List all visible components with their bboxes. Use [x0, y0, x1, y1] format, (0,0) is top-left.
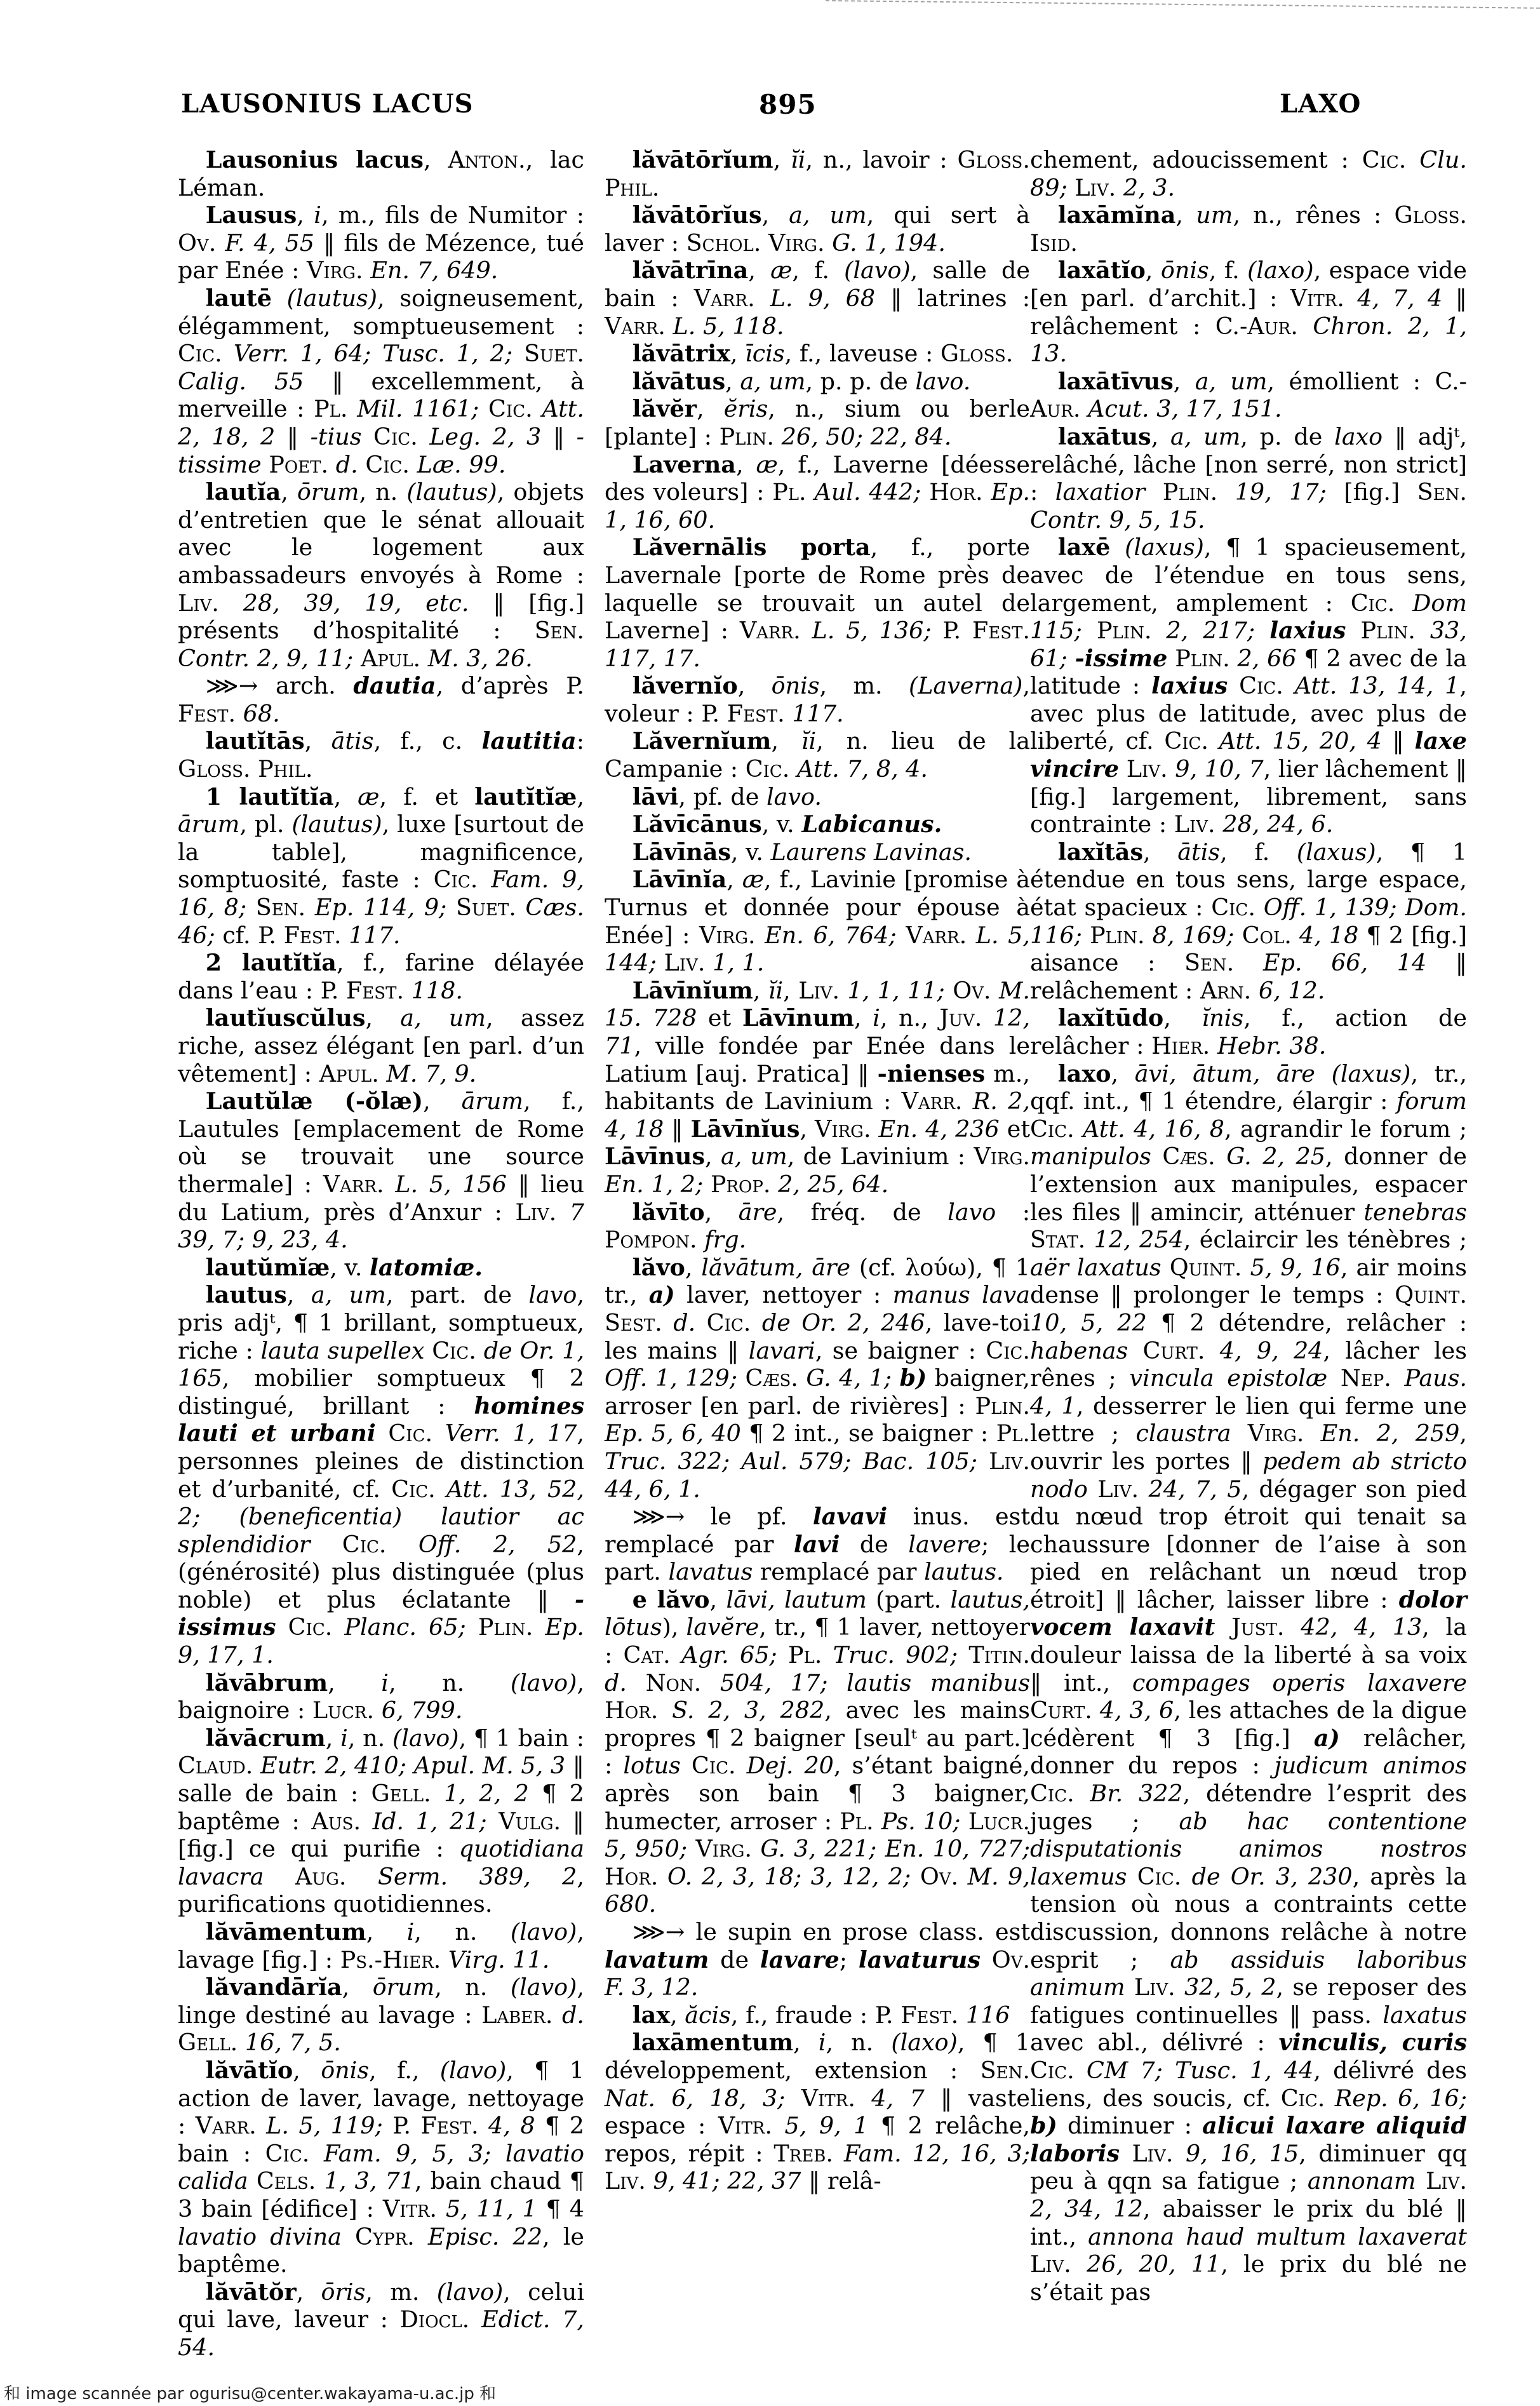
author-abbrev: Liv. [1134, 1973, 1175, 2001]
definition-text: , fréq. de [777, 1199, 948, 1226]
citation-or-form: Acut. 3, 17, 151. [1088, 395, 1282, 422]
citation-or-form: Mil. 1161; [357, 395, 479, 422]
citation-or-form: i [407, 1918, 415, 1946]
headword: laxātĭo [1058, 257, 1146, 284]
definition-text [479, 395, 488, 422]
author-abbrev: Gell. [372, 1780, 431, 1807]
definition-text [897, 922, 906, 949]
headword: Lāvīnĭa [633, 866, 726, 893]
citation-or-form: Fam. 12, 16, 3; [844, 2140, 1030, 2167]
citation-or-form: um [1196, 201, 1233, 229]
author-abbrev: Apul. [361, 645, 420, 672]
citation-or-form: Ep. 66, 14 [1263, 949, 1426, 976]
citation-or-form: vincula epistolæ [1129, 1364, 1327, 1392]
citation-or-form: ātis [331, 727, 374, 755]
citation-or-form: 6, 799. [382, 1697, 463, 1724]
definition-text: , f. [1209, 257, 1247, 284]
note-arrow-icon: ⋙→ [206, 672, 258, 699]
definition-text: , [366, 1918, 407, 1946]
definition-text [1230, 645, 1238, 672]
dictionary-entry: lăvātōrĭum, ĭi, n., lavoir : Gloss. Phil… [605, 146, 1030, 201]
definition-text [825, 229, 833, 257]
definition-text: , [1143, 838, 1177, 866]
definition-text: , [726, 866, 742, 893]
definition-text [431, 1780, 444, 1807]
note-arrow-icon: ⋙→ [633, 1918, 685, 1946]
definition-text: , [1151, 423, 1170, 450]
author-abbrev: Plin. [1097, 617, 1151, 644]
author-abbrev: Gloss. Phil. [178, 755, 312, 783]
definition-text: le supin en prose class. est [685, 1918, 1030, 1946]
definition-text [348, 395, 358, 422]
definition-text: lautĭtĭæ [474, 783, 577, 810]
citation-or-form: lotus [623, 1752, 681, 1779]
column-left: Lausonius lacus, Anton., lac Léman.Lausu… [178, 146, 584, 2362]
definition-text [658, 1697, 672, 1724]
citation-or-form: Hebr. 38. [1217, 1032, 1327, 1059]
author-abbrev: Aug. [295, 1863, 347, 1890]
citation-or-form: lāvi, lautum [726, 1586, 866, 1613]
citation-or-form: ĭi [768, 977, 783, 1004]
definition-text [216, 229, 225, 257]
definition-text [328, 451, 336, 478]
citation-or-form: 42, 4, 13 [1301, 1613, 1422, 1641]
definition-text [755, 285, 770, 312]
citation-or-form: -tius [311, 423, 362, 450]
citation-or-form: Contr. 2, 9, 11; [178, 645, 353, 672]
definition-text: , p. p. de [805, 368, 915, 395]
headword: lautŭmĭæ [206, 1254, 330, 1281]
dictionary-entry: laxĭtūdo, ĭnis, f., action de relâcher :… [1030, 1004, 1467, 1059]
definition-text [687, 1835, 695, 1862]
author-abbrev: Fest. [284, 922, 342, 949]
citation-or-form: (lavo) [844, 257, 911, 284]
column-right: chement, adoucissement : Cic. Clu. 89; L… [1030, 146, 1467, 2306]
definition-text [828, 1669, 847, 1697]
definition-text [358, 451, 366, 478]
definition-text: , [297, 201, 314, 229]
citation-or-form: 44, 6, 1. [605, 1475, 700, 1503]
citation-or-form: F. 4, 55 [225, 229, 314, 257]
dictionary-entry: lăvātŏr, ōris, m. (lavo), celui qui lave… [178, 2278, 584, 2362]
definition-text [479, 2112, 488, 2139]
dictionary-entry: laxē (laxus), ¶ 1 spacieusement, avec de… [1030, 534, 1467, 838]
definition-text [264, 1863, 295, 1890]
definition-text: , [685, 1254, 701, 1281]
citation-or-form: 118. [412, 977, 463, 1004]
citation-or-form: ōnis [321, 2057, 369, 2084]
definition-text [1215, 1613, 1231, 1641]
note-arrow-icon: ⋙→ [633, 1503, 685, 1530]
citation-or-form: Verr. 1, 17 [445, 1420, 577, 1447]
citation-or-form: 1, 3, 71 [325, 2167, 415, 2194]
citation-or-form: 116 [966, 2001, 1010, 2029]
definition-text [1082, 617, 1097, 644]
definition-text [982, 1004, 993, 1032]
definition-text [761, 229, 768, 257]
headword: lautĭtās [206, 727, 305, 755]
citation-or-form: manipulos [1030, 1143, 1151, 1170]
citation-or-form: 12, 254 [1094, 1226, 1184, 1253]
definition-text [921, 478, 929, 506]
headword: lax [633, 2001, 670, 2029]
definition-text [752, 1835, 760, 1862]
definition-text [1075, 1115, 1083, 1143]
author-abbrev: Fest. [420, 2112, 478, 2139]
citation-or-form: Aul. 442; [814, 478, 921, 506]
definition-text [342, 2223, 355, 2250]
author-abbrev: Poet. [269, 451, 328, 478]
citation-or-form: Fam. 9, 5, 3; [324, 2140, 492, 2167]
author-abbrev: Liv. [515, 1199, 556, 1226]
definition-text [1119, 755, 1127, 783]
author-abbrev: Laber. [481, 2001, 552, 2029]
author-abbrev: Fest. [901, 2001, 958, 2029]
author-abbrev: Suet. [456, 894, 516, 921]
definition-text: , part. de [386, 1281, 529, 1308]
definition-text: , f., c. [373, 727, 481, 755]
citation-or-form: Agr. 65; [681, 1641, 777, 1669]
author-abbrev: Cic. [1164, 727, 1209, 755]
author-abbrev: Virg. [699, 922, 756, 949]
definition-text: ¶ 2 int., se baigner : [741, 1420, 996, 1447]
definition-text [1075, 2057, 1087, 2084]
citation-or-form: a, um [400, 1004, 486, 1032]
author-abbrev: Sen. [1184, 949, 1234, 976]
author-abbrev: Varr. [902, 1087, 963, 1115]
author-abbrev: Liv. [1097, 1475, 1139, 1503]
definition-text [1344, 285, 1358, 312]
definition-text: diminuer : [1057, 2112, 1202, 2139]
definition-text [1251, 977, 1259, 1004]
definition-text: , pf. de [678, 783, 767, 810]
headword: Laverna [633, 451, 736, 478]
author-abbrev: Col. [1242, 922, 1292, 949]
dictionary-entry: e lăvo, lāvi, lautum (part. lautus, lōtu… [605, 1586, 1030, 1918]
definition-text [1085, 1226, 1094, 1253]
definition-text [646, 2167, 653, 2194]
citation-or-form: En. 7, 649. [370, 257, 498, 284]
definition-text: , [738, 672, 772, 699]
citation-or-form: Off. 2, 52 [418, 1531, 577, 1558]
citation-or-form: En. 1, 2; [605, 1171, 703, 1198]
definition-text: , m., fils de Numitor : [321, 201, 584, 229]
definition-text [512, 340, 524, 367]
citation-or-form: lavatus [668, 1558, 753, 1585]
author-abbrev: Aus. [311, 1808, 361, 1835]
definition-text: , [725, 368, 740, 395]
citation-or-form: (lavo) [437, 2278, 504, 2306]
definition-text: de [709, 1946, 760, 1973]
citation-or-form: 68. [243, 700, 280, 727]
definition-text [1325, 2085, 1334, 2112]
citation-or-form: ōnis [1161, 257, 1209, 284]
headword: Lăvernĭum [633, 727, 772, 755]
citation-or-form: de Or. 2, 246 [762, 1309, 925, 1336]
author-abbrev: Sen. [256, 894, 305, 921]
definition-text [491, 2140, 506, 2167]
definition-text [822, 1641, 833, 1669]
citation-or-form: Ep. 114, 9; [315, 894, 447, 921]
dictionary-entry: ⋙→ le pf. lavavi inus. est remplacé par … [605, 1503, 1030, 1586]
definition-text [958, 1863, 968, 1890]
definition-text [671, 1641, 681, 1669]
running-head: LAUSONIUS LACUS 895 LAXO [0, 89, 1540, 133]
citation-or-form: (laxus) [1125, 534, 1204, 561]
citation-or-form: lavo. [767, 783, 822, 810]
citation-or-form: a) [649, 1281, 675, 1308]
citation-or-form: Læ. 99. [417, 451, 506, 478]
author-abbrev: Diocl. [400, 2306, 470, 2333]
citation-or-form: annona haud multum laxaverat [1088, 2223, 1467, 2250]
citation-or-form: Att. 13, 14, 1 [1295, 672, 1460, 699]
citation-or-form: (lautus) [406, 478, 497, 506]
definition-text [257, 2112, 266, 2139]
definition-text [977, 1448, 989, 1475]
definition-text: , [365, 1004, 400, 1032]
citation-or-form: Leg. 2, 3 [429, 423, 541, 450]
definition-text [1151, 617, 1166, 644]
definition-text [478, 866, 491, 893]
column-middle: lăvātōrĭum, ĭi, n., lavoir : Gloss. Phil… [605, 146, 1030, 2195]
author-abbrev: Cic. [1239, 672, 1283, 699]
definition-text [1346, 617, 1360, 644]
dictionary-entry: lautē (lautus), soigneusement, élégammen… [178, 285, 584, 478]
definition-text [1215, 810, 1223, 838]
definition-text: Lāvīnus [605, 1143, 705, 1170]
definition-text: , [1146, 257, 1161, 284]
definition-text [1088, 1475, 1097, 1503]
author-abbrev: Vitr. [801, 2085, 855, 2112]
citation-or-form: 2, 3. [1123, 174, 1175, 201]
definition-text [476, 1337, 484, 1364]
author-abbrev: Varr. [605, 313, 666, 340]
citation-or-form: En. 6, 764; [765, 922, 897, 949]
definition-text [1080, 395, 1088, 422]
citation-or-form: Planc. 65; [344, 1613, 465, 1641]
citation-or-form: L. 9, 68 [770, 285, 875, 312]
author-abbrev: Hier. [1151, 1032, 1210, 1059]
citation-or-form: Id. 1, 21; [373, 1808, 487, 1835]
definition-text [418, 423, 430, 450]
scan-watermark: 和 image scannée par ogurisu@center.wakay… [4, 2381, 496, 2404]
definition-text: , [423, 1087, 462, 1115]
headword: laxāmentum [633, 2029, 793, 2056]
citation-or-form: 4, 7 [871, 2085, 924, 2112]
headword: lăvātrīna [633, 257, 749, 284]
definition-text: , n. [348, 1724, 392, 1752]
definition-text: , pl. [239, 810, 291, 838]
dictionary-entry: laxātīvus, a, um, émollient : C.-Aur. Ac… [1030, 368, 1467, 423]
definition-text [248, 2167, 257, 2194]
headword: e lăvo [633, 1586, 710, 1613]
author-abbrev: Cic. [434, 866, 478, 893]
definition-text [436, 1475, 446, 1503]
citation-or-form: ĭi [791, 146, 805, 173]
definition-text: , d’après P. [436, 672, 584, 699]
definition-text [1145, 922, 1153, 949]
definition-text [222, 340, 234, 367]
definition-text: et [1000, 1115, 1030, 1143]
citation-or-form: lavo [528, 1281, 577, 1308]
definition-text: , f. [1220, 838, 1297, 866]
citation-or-form: (lavo) [511, 1669, 577, 1697]
citation-or-form: frg. [704, 1226, 746, 1253]
citation-or-form: habenas [1030, 1337, 1128, 1364]
headword: laxātus [1058, 423, 1151, 450]
headword: laxē [1058, 534, 1111, 561]
definition-text [681, 1752, 692, 1779]
author-abbrev: Cic. [1137, 1863, 1182, 1890]
citation-or-form: G. 4, 1; [806, 1364, 892, 1392]
definition-text [1234, 949, 1263, 976]
headword: lāvi [633, 783, 679, 810]
definition-text [379, 1060, 387, 1087]
definition-text [1068, 645, 1075, 672]
dictionary-entry: lăvĕr, ĕris, n., sium ou berle [plante] … [605, 395, 1030, 450]
citation-or-form: a) [1314, 1724, 1340, 1752]
author-abbrev: Hor. [929, 478, 982, 506]
author-abbrev: Cic. [692, 1752, 736, 1779]
definition-text [1255, 894, 1264, 921]
author-abbrev: Fest. [178, 700, 236, 727]
definition-text: ‖ [1382, 727, 1415, 755]
definition-text [1075, 1780, 1090, 1807]
citation-or-form: 4, 8 [488, 2112, 535, 2139]
dictionary-entry: lăvātĭo, ōnis, f., (lavo), ¶ 1 action de… [178, 2057, 584, 2278]
definition-text [1406, 146, 1419, 173]
definition-text [246, 894, 256, 921]
dictionary-entry: lautĭa, ōrum, n. (lautus), objets d’entr… [178, 478, 584, 672]
author-abbrev: Titin. [968, 1641, 1030, 1669]
citation-or-form: 4, 7, 4 [1357, 285, 1442, 312]
definition-text: , v. [731, 838, 771, 866]
citation-or-form: 2, 217; [1166, 617, 1255, 644]
citation-or-form: āre [739, 1199, 777, 1226]
definition-text [466, 1613, 478, 1641]
definition-text [305, 894, 315, 921]
citation-or-form: d. [673, 1309, 695, 1336]
dictionary-entry: lăvo, lăvātum, āre (cf. λούω), ¶ 1 tr., … [605, 1254, 1030, 1503]
definition-text [1255, 617, 1269, 644]
dictionary-entry: ⋙→ le supin en prose class. est lavatum … [605, 1918, 1030, 2001]
definition-text: , ¶ 1 bain : [459, 1724, 584, 1752]
citation-or-form: æ [770, 257, 792, 284]
definition-text [361, 423, 373, 450]
dictionary-entry: lautŭmĭæ, v. latomiæ. [178, 1254, 584, 1282]
citation-or-form: (lautus) [287, 285, 377, 312]
author-abbrev: Gell. [178, 2029, 238, 2056]
dictionary-entry: lax, ăcis, f., fraude : P. Fest. 116 [605, 2001, 1030, 2029]
dictionary-entry: Lausus, i, m., fils de Numitor : Ov. F. … [178, 201, 584, 285]
citation-or-form: 9, 41; 22, 37 [653, 2167, 801, 2194]
definition-text: , n., lavoir : [805, 146, 957, 173]
author-abbrev: Curt. [1143, 1337, 1205, 1364]
citation-or-form: lavi [794, 1531, 840, 1558]
author-abbrev: Cic. [342, 1531, 387, 1558]
citation-or-form: 28, 24, 6. [1222, 810, 1333, 838]
definition-text [347, 1863, 378, 1890]
author-abbrev: Plin. [478, 1613, 533, 1641]
citation-or-form: (lavo) [392, 1724, 459, 1752]
citation-or-form: 2, 25, 64. [778, 1171, 888, 1198]
author-abbrev: Juv. [939, 1004, 982, 1032]
author-abbrev: Claud. [178, 1752, 253, 1779]
definition-text: , m. [820, 672, 909, 699]
citation-or-form: 26, 50; 22, 84. [782, 423, 952, 450]
definition-text [1068, 174, 1075, 201]
citation-or-form: En. 2, 259 [1321, 1420, 1460, 1447]
headword: Lāvīnās [633, 838, 731, 866]
citation-or-form: lauta supellex [261, 1337, 425, 1364]
author-abbrev: Anton. [448, 146, 525, 173]
definition-text [983, 478, 991, 506]
author-abbrev: Liv. [178, 589, 219, 617]
author-abbrev: Liv. [989, 1448, 1030, 1475]
definition-text [1391, 1364, 1405, 1392]
definition-text [1151, 1143, 1163, 1170]
dictionary-entry: laxāmentum, i, n. (laxo), ¶ 1 développem… [605, 2029, 1030, 2195]
definition-text [1416, 2167, 1426, 2194]
definition-text [276, 1613, 288, 1641]
author-abbrev: Liv. [798, 977, 840, 1004]
citation-or-form: 1, 1, 11; [848, 977, 945, 1004]
author-abbrev: Liv. [605, 2167, 646, 2194]
author-abbrev: Lucr. [968, 1808, 1030, 1835]
author-abbrev: Pl. [772, 478, 806, 506]
definition-text: , émollient : [1268, 368, 1435, 395]
definition-text [1215, 1143, 1227, 1170]
definition-text [1175, 1973, 1184, 2001]
headword: lăvātrix [633, 340, 730, 367]
citation-or-form: 5, 9, 16 [1250, 1254, 1341, 1281]
definition-text [384, 1171, 396, 1198]
author-abbrev: Cic. [1281, 2085, 1325, 2112]
author-abbrev: C.-Aur. [1215, 313, 1298, 340]
citation-or-form: L. 5, 119; [266, 2112, 383, 2139]
definition-text [1110, 534, 1125, 561]
definition-text: , [854, 1004, 873, 1032]
citation-or-form: Br. 322 [1090, 1780, 1182, 1807]
author-abbrev: Liv. [664, 949, 706, 976]
citation-or-form: F. 3, 12. [605, 1973, 698, 2001]
definition-text [737, 1364, 745, 1392]
headword: lăvātōrĭus [633, 201, 762, 229]
definition-text [840, 977, 847, 1004]
dictionary-entry: Lāvīnĭum, ĭi, Liv. 1, 1, 11; Ov. M. 15. … [605, 977, 1030, 1199]
citation-or-form: Truc. 902; [833, 1641, 958, 1669]
headword: lautĭa [206, 478, 281, 506]
citation-or-form: 4, 9, 24 [1220, 1337, 1323, 1364]
citation-or-form: īcis [745, 340, 785, 367]
definition-text: , p. de [1240, 423, 1334, 450]
definition-text [1210, 1032, 1217, 1059]
citation-or-form: (laxus) [1297, 838, 1376, 866]
dictionary-entry: lautĭuscŭlus, a, um, assez riche, assez … [178, 1004, 584, 1087]
citation-or-form: dautia [353, 672, 436, 699]
definition-text [516, 894, 526, 921]
definition-text: ‖ relâ- [801, 2167, 881, 2194]
citation-or-form: 4, 18 [1299, 922, 1358, 949]
citation-or-form: æ [358, 783, 379, 810]
citation-or-form: (lautus) [291, 810, 382, 838]
citation-or-form: i [819, 2029, 826, 2056]
author-abbrev: Plin. [720, 423, 774, 450]
definition-text: ‖ [664, 1115, 690, 1143]
citation-or-form: 4, 3, 6 [1100, 1697, 1174, 1724]
citation-or-form: Eutr. 2, 410; Apul. M. 5, 3 [260, 1752, 565, 1779]
author-abbrev: Ov. [920, 1863, 958, 1890]
